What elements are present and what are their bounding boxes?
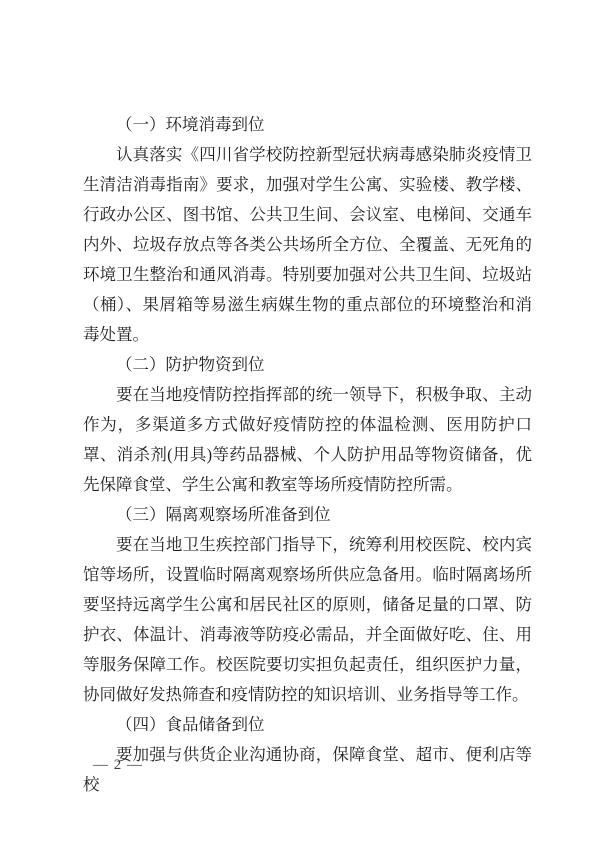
document-page: { "document": { "page_number": "— 2 —", … [0, 0, 600, 848]
section-food-reserves: （四）食品储备到位 要加强与供货企业沟通协商，保障食堂、超市、便利店等校 [83, 710, 532, 800]
section-heading: （二）防护物资到位 [83, 350, 532, 380]
section-heading: （四）食品储备到位 [83, 710, 532, 740]
page-number: — 2 — [93, 757, 143, 774]
section-paragraph: 认真落实《四川省学校防控新型冠状病毒感染肺炎疫情卫生清洁消毒指南》要求，加强对学… [83, 140, 532, 350]
section-paragraph: 要在当地疫情防控指挥部的统一领导下，积极争取、主动作为，多渠道多方式做好疫情防控… [83, 380, 532, 500]
section-quarantine-sites: （三）隔离观察场所准备到位 要在当地卫生疾控部门指导下，统筹利用校医院、校内宾馆… [83, 500, 532, 710]
section-environment-disinfection: （一）环境消毒到位 认真落实《四川省学校防控新型冠状病毒感染肺炎疫情卫生清洁消毒… [83, 110, 532, 350]
document-body: （一）环境消毒到位 认真落实《四川省学校防控新型冠状病毒感染肺炎疫情卫生清洁消毒… [83, 110, 532, 800]
section-heading: （一）环境消毒到位 [83, 110, 532, 140]
section-paragraph: 要在当地卫生疾控部门指导下，统筹利用校医院、校内宾馆等场所，设置临时隔离观察场所… [83, 530, 532, 710]
section-protective-supplies: （二）防护物资到位 要在当地疫情防控指挥部的统一领导下，积极争取、主动作为，多渠… [83, 350, 532, 500]
section-heading: （三）隔离观察场所准备到位 [83, 500, 532, 530]
section-paragraph: 要加强与供货企业沟通协商，保障食堂、超市、便利店等校 [83, 740, 532, 800]
